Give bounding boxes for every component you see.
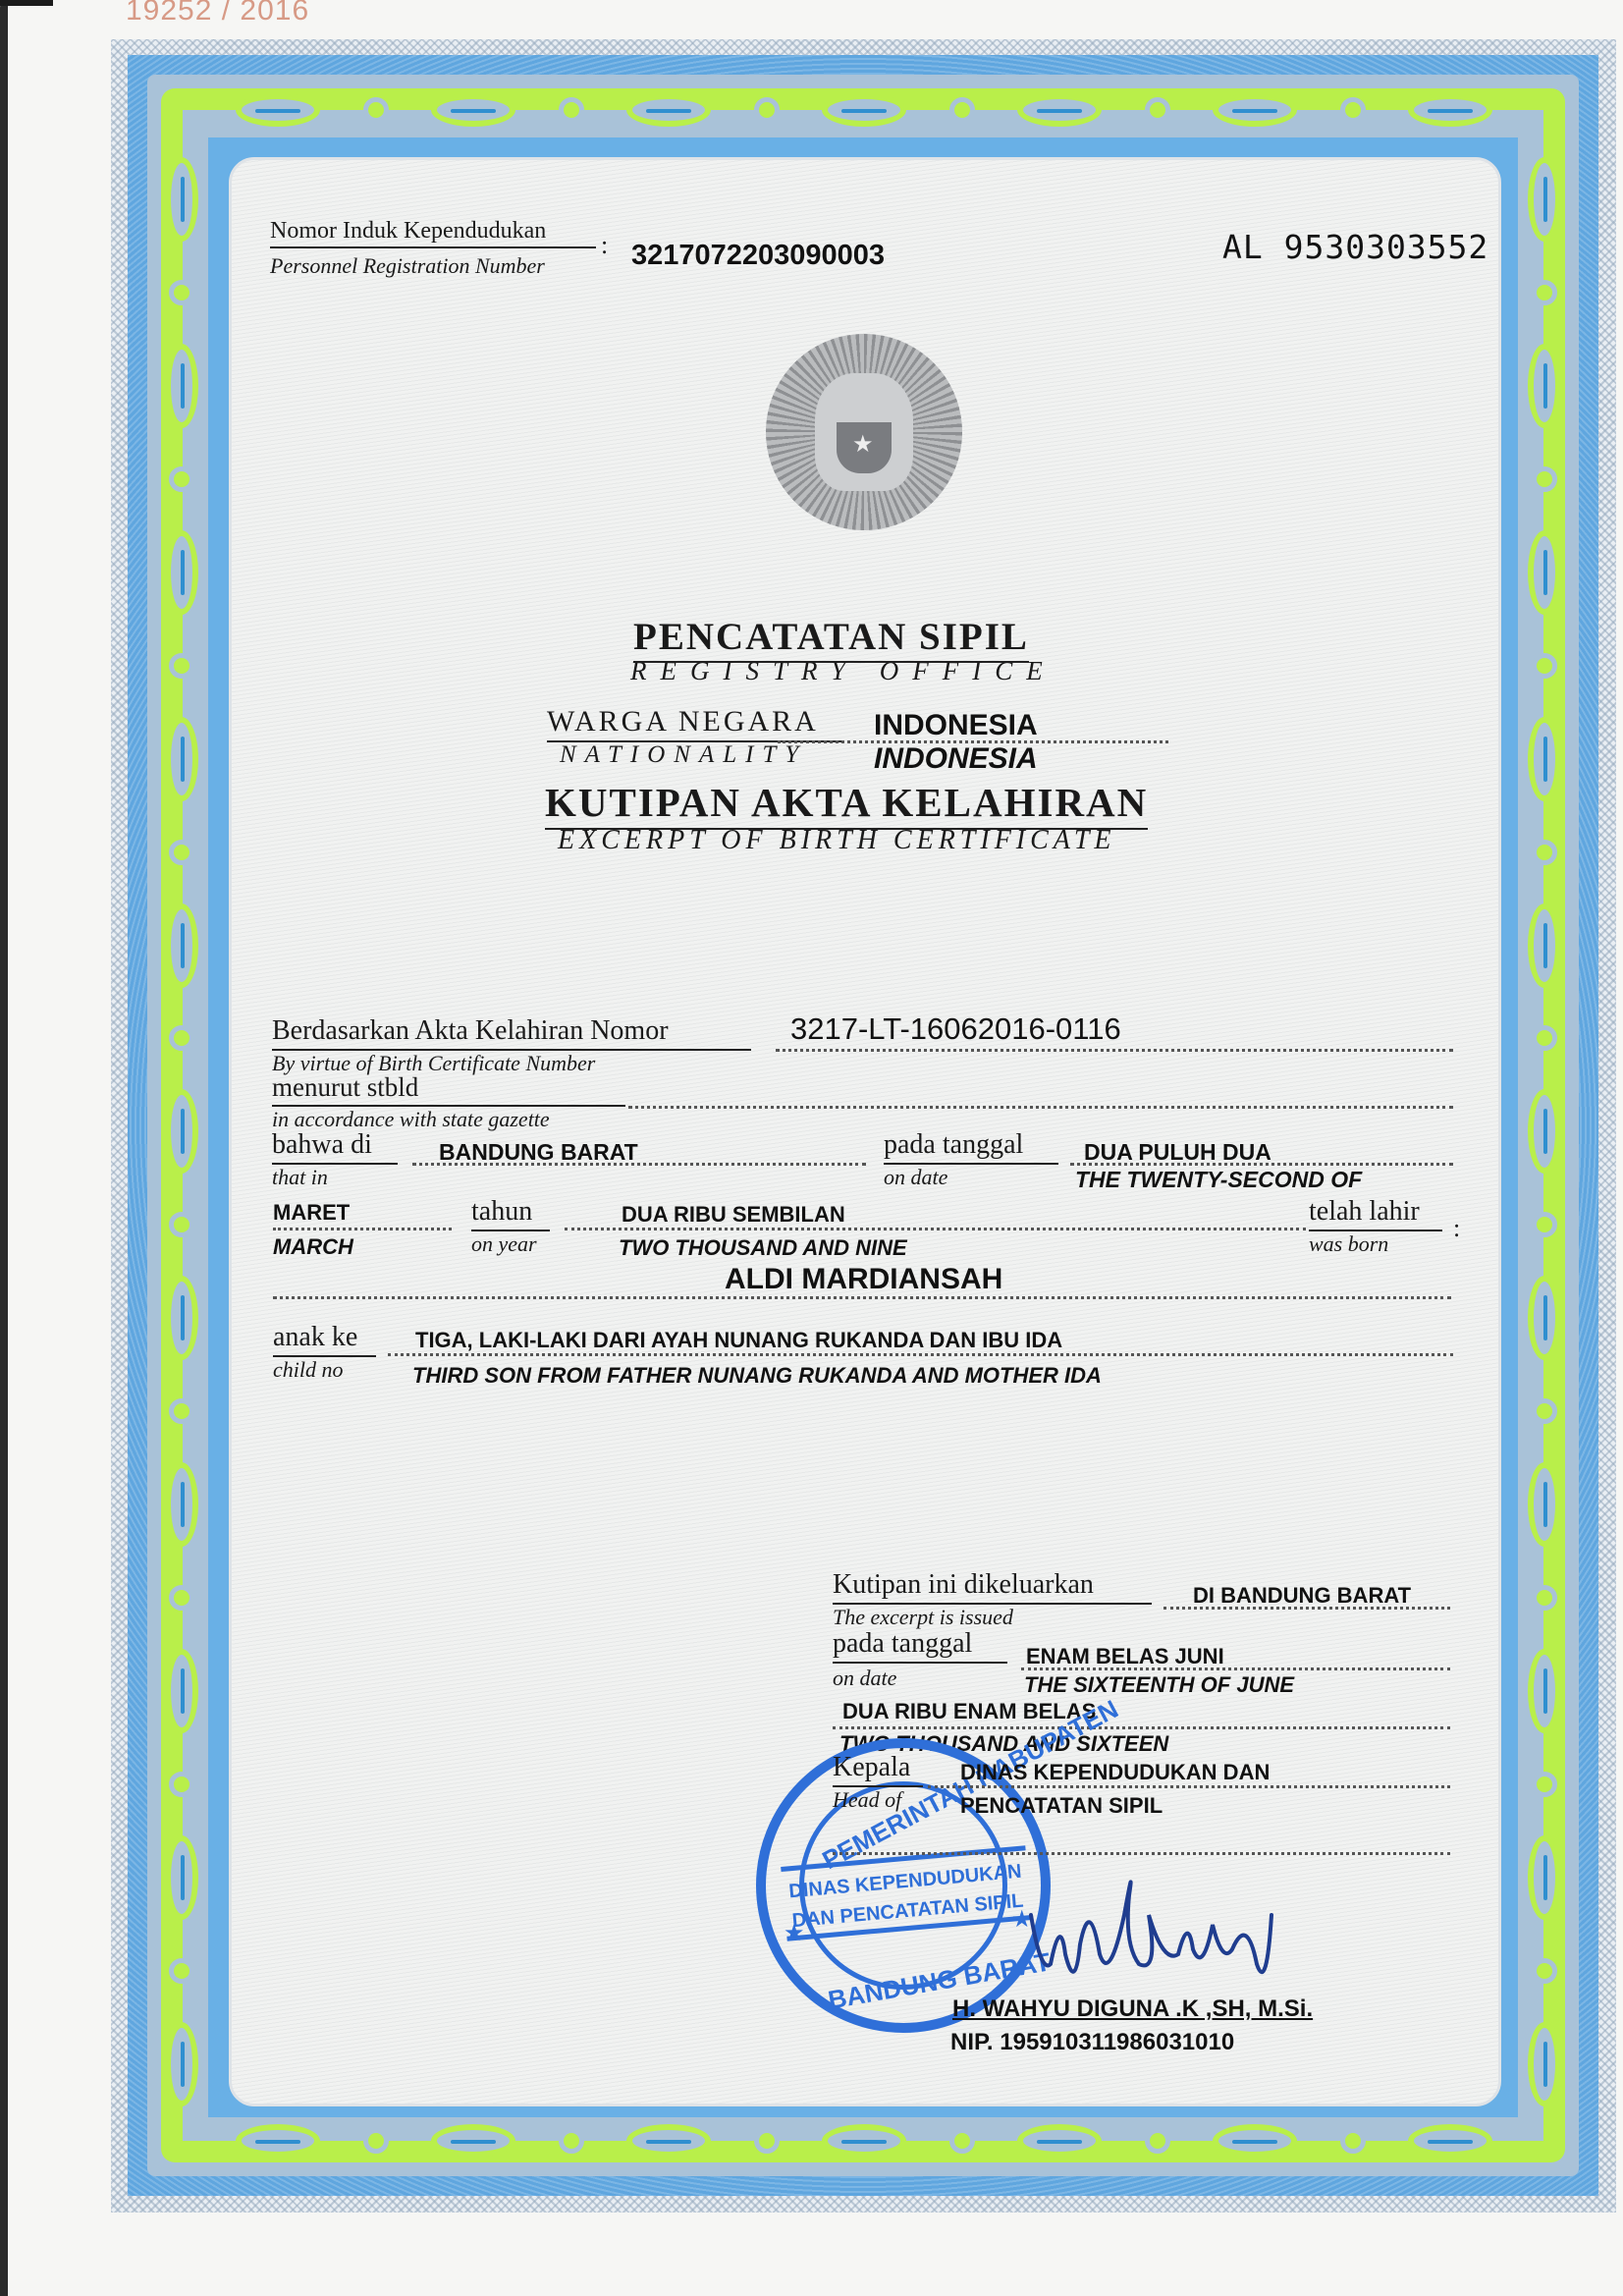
issued-place-dotted-line [1163,1607,1450,1610]
place-label: bahwa di [272,1129,398,1165]
issued-date-dotted-line [1021,1667,1450,1670]
ornament-icon [165,1835,198,1920]
ornament-dot-icon [169,1585,194,1611]
ornament-dot-icon [1145,2128,1170,2154]
ornament-icon [1528,1462,1561,1547]
ornament-icon [165,1462,198,1547]
ornament-dot-icon [169,1212,194,1237]
stbld-dotted-line [628,1106,1453,1109]
right-ornament-column [1528,157,1561,2106]
date-dotted-line [1070,1163,1453,1166]
ornament-icon [165,717,198,801]
nik-value: 3217072203090003 [631,240,885,272]
ornament-icon [626,93,711,127]
born-label-en: was born [1309,1231,1388,1257]
ornament-icon [431,93,515,127]
ornament-dot-icon [559,2128,584,2154]
ornament-dot-icon [169,466,194,492]
issued-date-label: pada tanggal [833,1628,1007,1664]
ornament-icon [822,2124,906,2158]
ornament-dot-icon [169,1958,194,1984]
document-title: KUTIPAN AKTA KELAHIRAN [545,779,1148,830]
ornament-icon [1528,1649,1561,1733]
year-value-en: TWO THOUSAND AND NINE [619,1235,907,1261]
ornament-icon [165,2022,198,2106]
serial-number: AL 9530303552 [1222,228,1488,266]
ornament-dot-icon [754,97,780,123]
ornament-dot-icon [559,97,584,123]
ornament-dot-icon [169,1398,194,1424]
cert-number-dotted-line [776,1049,1453,1052]
ornament-icon [1017,2124,1102,2158]
nationality-label: WARGA NEGARA [547,705,843,742]
ornament-icon [1528,1276,1561,1360]
ornament-dot-icon [1532,1958,1557,1984]
garuda-emblem-icon: ★ [766,334,962,530]
head-office-line2: PENCATATAN SIPIL [960,1793,1163,1819]
ornament-dot-icon [1145,97,1170,123]
child-no-value: TIGA, LAKI-LAKI DARI AYAH NUNANG RUKANDA… [415,1328,1062,1353]
ornament-icon [1528,903,1561,988]
ornament-icon [165,530,198,615]
month-dotted-line [273,1228,452,1230]
ornament-icon [165,157,198,242]
child-name-dotted-line [273,1296,1451,1299]
ornament-dot-icon [169,653,194,679]
place-value: BANDUNG BARAT [439,1139,638,1166]
nationality-label-en: NATIONALITY [560,741,807,769]
born-label: telah lahir [1309,1196,1442,1231]
scan-edge-top [0,0,53,6]
issued-label: Kutipan ini dikeluarkan [833,1569,1152,1605]
ornament-dot-icon [1532,1212,1557,1237]
ornament-icon [626,2124,711,2158]
ornament-icon [165,1276,198,1360]
ornament-dot-icon [1532,840,1557,865]
ornament-dot-icon [169,840,194,865]
head-office-dotted-line [928,1785,1450,1788]
ornament-icon [1528,530,1561,615]
ornament-dot-icon [169,1025,194,1051]
cert-number-value: 3217-LT-16062016-0116 [790,1011,1121,1047]
office-title-en: REGISTRY OFFICE [630,656,1056,686]
ornament-icon [165,1649,198,1733]
nationality-value-en: INDONESIA [874,742,1038,776]
ornament-icon [1528,1835,1561,1920]
seal-star-icon: ★ [784,1919,805,1947]
ornament-dot-icon [1532,1585,1557,1611]
child-no-label-en: child no [273,1357,344,1383]
cert-number-label: Berdasarkan Akta Kelahiran Nomor [272,1015,751,1051]
stbld-label: menurut stbld [272,1072,625,1107]
place-dotted-line [412,1163,866,1166]
ornament-dot-icon [754,2128,780,2154]
top-ornament-row [236,93,1492,127]
left-ornament-column [165,157,198,2106]
month-value-en: MARCH [273,1234,353,1260]
document-title-en: EXCERPT OF BIRTH CERTIFICATE [558,825,1116,856]
signature-dotted-line [833,1852,1450,1855]
ornament-icon [1213,2124,1297,2158]
date-label: pada tanggal [884,1129,1058,1165]
born-separator: : [1453,1214,1460,1243]
ornament-icon [1528,1089,1561,1174]
ornament-icon [1528,2022,1561,2106]
ornament-icon [1017,93,1102,127]
ornament-icon [1528,344,1561,428]
official-name: H. WAHYU DIGUNA .K ,SH, M.Si. [952,1995,1313,2023]
nik-label-id: Nomor Induk Kependudukan [270,218,596,248]
ornament-dot-icon [1532,653,1557,679]
official-nip: NIP. 195910311986031010 [950,2029,1234,2056]
ornament-icon [236,2124,320,2158]
ornament-dot-icon [1532,466,1557,492]
ornament-dot-icon [949,2128,975,2154]
issued-date-value: ENAM BELAS JUNI [1026,1644,1224,1669]
ornament-icon [431,2124,515,2158]
month-value: MARET [273,1200,350,1226]
issued-place: DI BANDUNG BARAT [1193,1583,1411,1609]
head-label: Kepala [833,1752,923,1787]
nik-label-en: Personnel Registration Number [270,253,545,279]
registry-stamp-number: 19252 / 2016 [126,0,309,27]
ornament-dot-icon [1340,2128,1366,2154]
date-label-en: on date [884,1165,947,1190]
ornament-icon [1213,93,1297,127]
ornament-icon [236,93,320,127]
place-label-en: that in [272,1165,328,1190]
ornament-dot-icon [949,97,975,123]
year-value: DUA RIBU SEMBILAN [622,1202,845,1228]
ornament-dot-icon [363,2128,389,2154]
child-name: ALDI MARDIANSAH [725,1263,1002,1296]
ornament-icon [822,93,906,127]
ornament-dot-icon [1532,1772,1557,1797]
child-no-value-en: THIRD SON FROM FATHER NUNANG RUKANDA AND… [412,1363,1102,1389]
ornament-icon [1528,157,1561,242]
ornament-icon [1408,2124,1492,2158]
ornament-dot-icon [1532,1398,1557,1424]
nik-separator: : [601,231,608,260]
star-icon: ★ [852,430,874,459]
year-label: tahun [471,1196,550,1231]
ornament-icon [165,344,198,428]
year-label-en: on year [471,1231,537,1257]
ornament-dot-icon [1340,97,1366,123]
head-label-en: Head of [833,1787,901,1813]
nationality-value: INDONESIA [874,709,1038,742]
ornament-icon [165,1089,198,1174]
scan-edge-shadow [0,0,8,2296]
child-no-label: anak ke [273,1322,376,1357]
child-no-dotted-line [388,1353,1453,1356]
ornament-icon [1408,93,1492,127]
ornament-dot-icon [1532,1025,1557,1051]
ornament-icon [165,903,198,988]
ornament-dot-icon [363,97,389,123]
ornament-icon [1528,717,1561,801]
date-value: DUA PULUH DUA [1084,1139,1271,1166]
issued-date-value-en: THE SIXTEENTH OF JUNE [1024,1672,1294,1698]
ornament-dot-icon [169,280,194,305]
date-value-en: THE TWENTY-SECOND OF [1075,1167,1362,1193]
issued-date-label-en: on date [833,1666,896,1691]
issued-label-en: The excerpt is issued [833,1605,1013,1630]
bottom-ornament-row [236,2124,1492,2158]
issued-year-dotted-line [833,1726,1450,1729]
ornament-dot-icon [1532,280,1557,305]
ornament-dot-icon [169,1772,194,1797]
year-dotted-line [565,1228,1306,1230]
signature-icon [1021,1856,1316,2003]
head-office-line1: DINAS KEPENDUDUKAN DAN [960,1760,1270,1785]
